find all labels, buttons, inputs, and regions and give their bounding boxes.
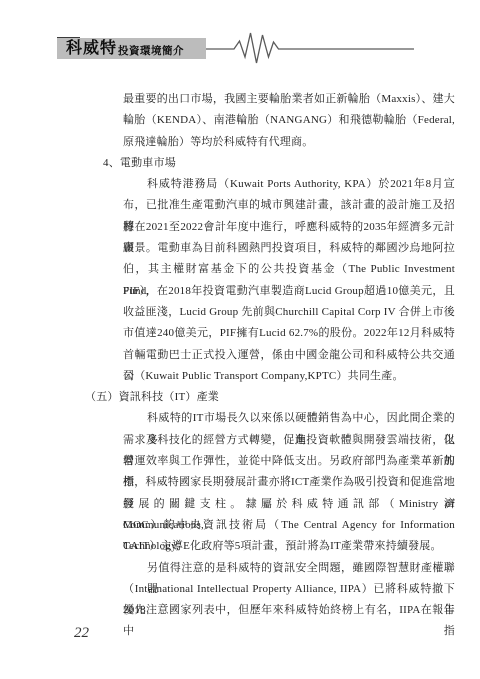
body-line: 需求及科技化的經營方式轉變，促進投資軟體與開發雲端技術，以增加 — [85, 430, 455, 451]
body-line: 願景。電動車為目前科國熱門投資項目，科威特的鄰國沙烏地阿拉 — [85, 238, 455, 259]
header-title-main: 科威特 — [66, 40, 117, 58]
body-line: 輪胎（KENDA）、南港輪胎（NANGANG）和飛德勒輪胎（Federal, — [85, 110, 455, 131]
body-line: 科威特港務局（Kuwait Ports Authority, KPA）於2021… — [85, 174, 455, 195]
body-line: 首輛電動巴士正式投入運營，係由中國金龍公司和科威特公共交通公 — [85, 345, 455, 366]
body-line: 司（Kuwait Public Transport Company,KPTC）共… — [85, 366, 455, 387]
body-line: MOC）的中央資訊技術局（The Central Agency for Info… — [85, 515, 455, 536]
body-line: 發展的關鍵支柱。隸屬於科威特通訊部（Ministry of Communicat… — [85, 494, 455, 515]
body-line: 收益匪淺，Lucid Group 先前與Churchill Capital Co… — [85, 302, 455, 323]
body-line: 市值達240億美元，PIF擁有Lucid 62.7%的股份。2022年12月科威… — [85, 323, 455, 344]
body-line: 科威特的IT市場長久以來係以硬體銷售為中心，因此間企業的多角化 — [85, 408, 455, 429]
body-line: 另值得注意的是科威特的資訊安全問題，雖國際智慧財產權聯盟 — [85, 558, 455, 579]
body-line: CAIT）主導E化政府等5項計畫，預計將為IT產業帶來持續發展。 — [85, 536, 455, 557]
body-line: 標，科威特國家長期發展計畫亦將ICT產業作為吸引投資和促進當地經濟 — [85, 472, 455, 493]
body-line: （International Intellectual Property All… — [85, 579, 455, 600]
body-line: 布，已批准生產電動汽車的城市興建計畫，該計畫的設計施工及招標 — [85, 195, 455, 216]
body-line: 最重要的出口市場，我國主要輪胎業者如正新輪胎（Maxxis）、建大 — [85, 89, 455, 110]
header-title-sub: 投資環境簡介 — [118, 44, 184, 58]
body-line: 優先注意國家列表中，但歷年來科威特始終榜上有名，IIPA在報告中指 — [85, 600, 455, 621]
document-page: 科威特投資環境簡介 最重要的出口市場，我國主要輪胎業者如正新輪胎（Maxxis）… — [0, 0, 480, 679]
page-number: 22 — [74, 625, 89, 642]
body-line: PIF），在2018年投資電動汽車製造商Lucid Group超過10億美元，且 — [85, 281, 455, 302]
body-line: 將在2021至2022會計年度中進行，呼應科威特的2035年經濟多元計畫 — [85, 217, 455, 238]
body-line: 營運效率與工作彈性，並從中降低支出。另政府部門為產業革新的指 — [85, 451, 455, 472]
body-line: 原飛達輪胎）等均於科威特有代理商。 — [85, 132, 455, 153]
section-heading-4: 4、電動車市場 — [85, 153, 455, 174]
body-line: 伯，其主權財富基金下的公共投資基金（The Public Investment … — [85, 259, 455, 280]
section-heading-5: （五）資訊科技（IT）產業 — [85, 387, 455, 408]
heartbeat-zigzag-rule-icon — [206, 31, 415, 67]
header-title-band: 科威特投資環境簡介 — [57, 38, 206, 59]
body-text-column: 最重要的出口市場，我國主要輪胎業者如正新輪胎（Maxxis）、建大 輪胎（KEN… — [85, 89, 455, 621]
